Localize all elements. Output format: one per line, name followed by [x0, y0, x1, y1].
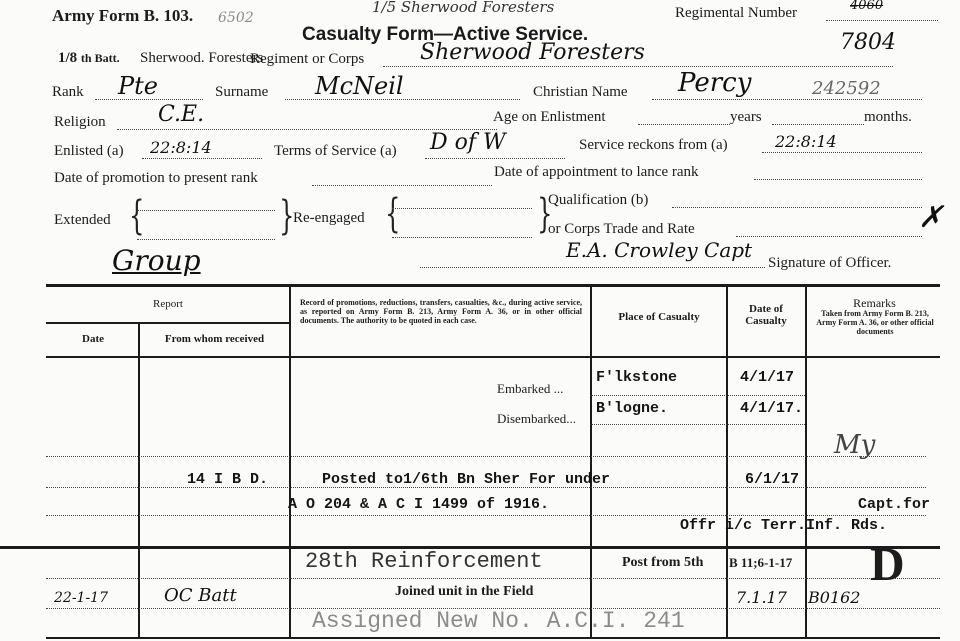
row-reinforcement-date: B 11;6-1-17 — [729, 555, 792, 571]
header-place: Place of Casualty — [592, 311, 726, 323]
row-posted-record: Posted to1/6th Bn Sher For under — [322, 471, 610, 488]
service-reckons-value: 22:8:14 — [775, 132, 837, 151]
battalion-suffix: th Batt. — [81, 51, 120, 65]
battalion-prefix: 1/8 th Batt. — [58, 50, 120, 67]
row-embarked-label: Embarked ... — [497, 381, 563, 397]
row-disembarked-date: 4/1/17. — [740, 400, 803, 417]
header-report: Report — [48, 298, 288, 310]
row-posted-date: 6/1/17 — [745, 471, 799, 488]
row-reinforcement-record: 28th Reinforcement — [305, 549, 543, 574]
header-record: Record of promotions, reductions, transf… — [300, 298, 582, 325]
header-bottom-rule — [46, 356, 940, 358]
col-divider-from — [289, 287, 291, 638]
stamp-number: 6502 — [218, 10, 254, 26]
regiment-handwritten-top: 1/5 Sherwood Foresters — [372, 0, 554, 16]
regiment-line — [383, 66, 893, 67]
row-line-5 — [46, 515, 926, 516]
age-label: Age on Enlistment — [493, 109, 606, 126]
row-embarked-place: F'lkstone — [596, 369, 677, 386]
service-reckons-line — [762, 152, 922, 153]
row-line-2 — [590, 424, 805, 425]
age-years-line — [638, 124, 730, 125]
enlisted-line — [142, 158, 262, 159]
row-disembarked-label: Disembarked... — [497, 411, 576, 427]
row-joined-date: 22-1-17 — [54, 590, 108, 606]
promotion-line — [312, 185, 492, 186]
terms-value: D of W — [430, 130, 506, 155]
promotion-label: Date of promotion to present rank — [54, 170, 258, 187]
row-reinforcement-place: Post from 5th — [622, 555, 703, 571]
lance-rank-line — [754, 179, 922, 180]
religion-label: Religion — [54, 114, 106, 131]
row-joined-date-of-casualty: 7.1.17 — [736, 588, 787, 607]
col-divider-date — [138, 323, 140, 638]
regimental-number-label: Regimental Number — [675, 5, 797, 22]
reengaged-line-1 — [392, 208, 532, 209]
religion-value: C.E. — [158, 102, 204, 127]
header-date: Date — [48, 333, 138, 345]
qualification-label: Qualification (b) — [548, 192, 648, 209]
qualification-line — [672, 207, 922, 208]
terms-label: Terms of Service (a) — [274, 143, 397, 160]
row-line-1 — [590, 395, 805, 396]
extended-label: Extended — [54, 212, 111, 229]
reengaged-line-2 — [392, 237, 532, 238]
row-line-3 — [46, 456, 926, 457]
service-reckons-label: Service reckons from (a) — [579, 137, 728, 154]
header-from-whom: From whom received — [140, 333, 289, 345]
extended-brace-left: { — [129, 196, 144, 236]
row-authority-remarks: Capt.for — [858, 496, 930, 513]
surname-value: McNeil — [315, 72, 404, 100]
rank-value: Pte — [118, 72, 158, 100]
header-date-of-casualty: Date of Casualty — [738, 303, 794, 327]
row-joined-record: Joined unit in the Field — [395, 584, 533, 600]
regimental-number-line — [826, 20, 938, 21]
christian-name-value: Percy — [678, 68, 751, 98]
remarks-initials: My — [834, 430, 875, 460]
form-number: Army Form B. 103. — [52, 6, 193, 26]
lance-rank-label: Date of appointment to lance rank — [494, 164, 699, 181]
row-disembarked-place: B'logne. — [596, 400, 668, 417]
regiment-label: Regiment or Corps — [250, 51, 364, 68]
trade-line — [736, 236, 922, 237]
header-remarks-sub: Taken from Army Form B. 213, Army Form A… — [812, 309, 938, 336]
years-label: years — [730, 109, 762, 126]
enlisted-value: 22:8:14 — [150, 138, 212, 157]
regiment-value: Sherwood Foresters — [420, 40, 645, 65]
row-posted-from: 14 I B D. — [187, 471, 268, 488]
table-bottom-rule — [46, 637, 940, 639]
row-joined-remarks: B0162 — [808, 588, 860, 607]
age-months-line — [772, 124, 864, 125]
regimental-number-struck: 4060 — [850, 0, 883, 13]
group-value: Group — [112, 244, 201, 277]
col-divider-date-cas — [805, 287, 807, 638]
cross-mark: ✗ — [918, 200, 943, 235]
officer-signature: E.A. Crowley Capt — [566, 238, 752, 262]
extended-line-1 — [137, 210, 275, 211]
rank-label: Rank — [52, 84, 84, 101]
extended-line-2 — [137, 239, 275, 240]
reengaged-brace-left: { — [385, 194, 400, 234]
new-regimental-number: 242592 — [812, 78, 881, 99]
surname-label: Surname — [215, 84, 268, 101]
row-joined-from: OC Batt — [164, 585, 237, 606]
report-sub-rule — [46, 322, 289, 324]
col-divider-record — [590, 287, 592, 638]
col-divider-place — [726, 287, 728, 638]
signature-label: Signature of Officer. — [768, 255, 891, 272]
months-label: months. — [864, 109, 912, 126]
row-assigned-record: Assigned New No. A.C.I. 241 — [312, 608, 685, 634]
signature-line — [420, 267, 765, 268]
row-line-7 — [46, 578, 940, 579]
row-embarked-date: 4/1/17 — [740, 369, 794, 386]
reengaged-label: Re-engaged — [293, 210, 365, 227]
terms-line — [425, 158, 565, 159]
row-authority-record: A O 204 & A C I 1499 of 1916. — [288, 496, 549, 513]
battalion-number: 1/8 — [58, 50, 77, 66]
christian-name-line — [652, 99, 922, 100]
trade-label: or Corps Trade and Rate — [548, 221, 695, 238]
row-authority-remarks-2: Offr i/c Terr.Inf. Rds. — [680, 517, 887, 534]
battalion-regiment-typed: Sherwood. Foresters — [140, 50, 263, 67]
christian-name-label: Christian Name — [533, 84, 628, 101]
enlisted-label: Enlisted (a) — [54, 143, 124, 160]
row-reinforcement-remarks: D — [870, 540, 905, 590]
regimental-number: 7804 — [840, 30, 896, 55]
